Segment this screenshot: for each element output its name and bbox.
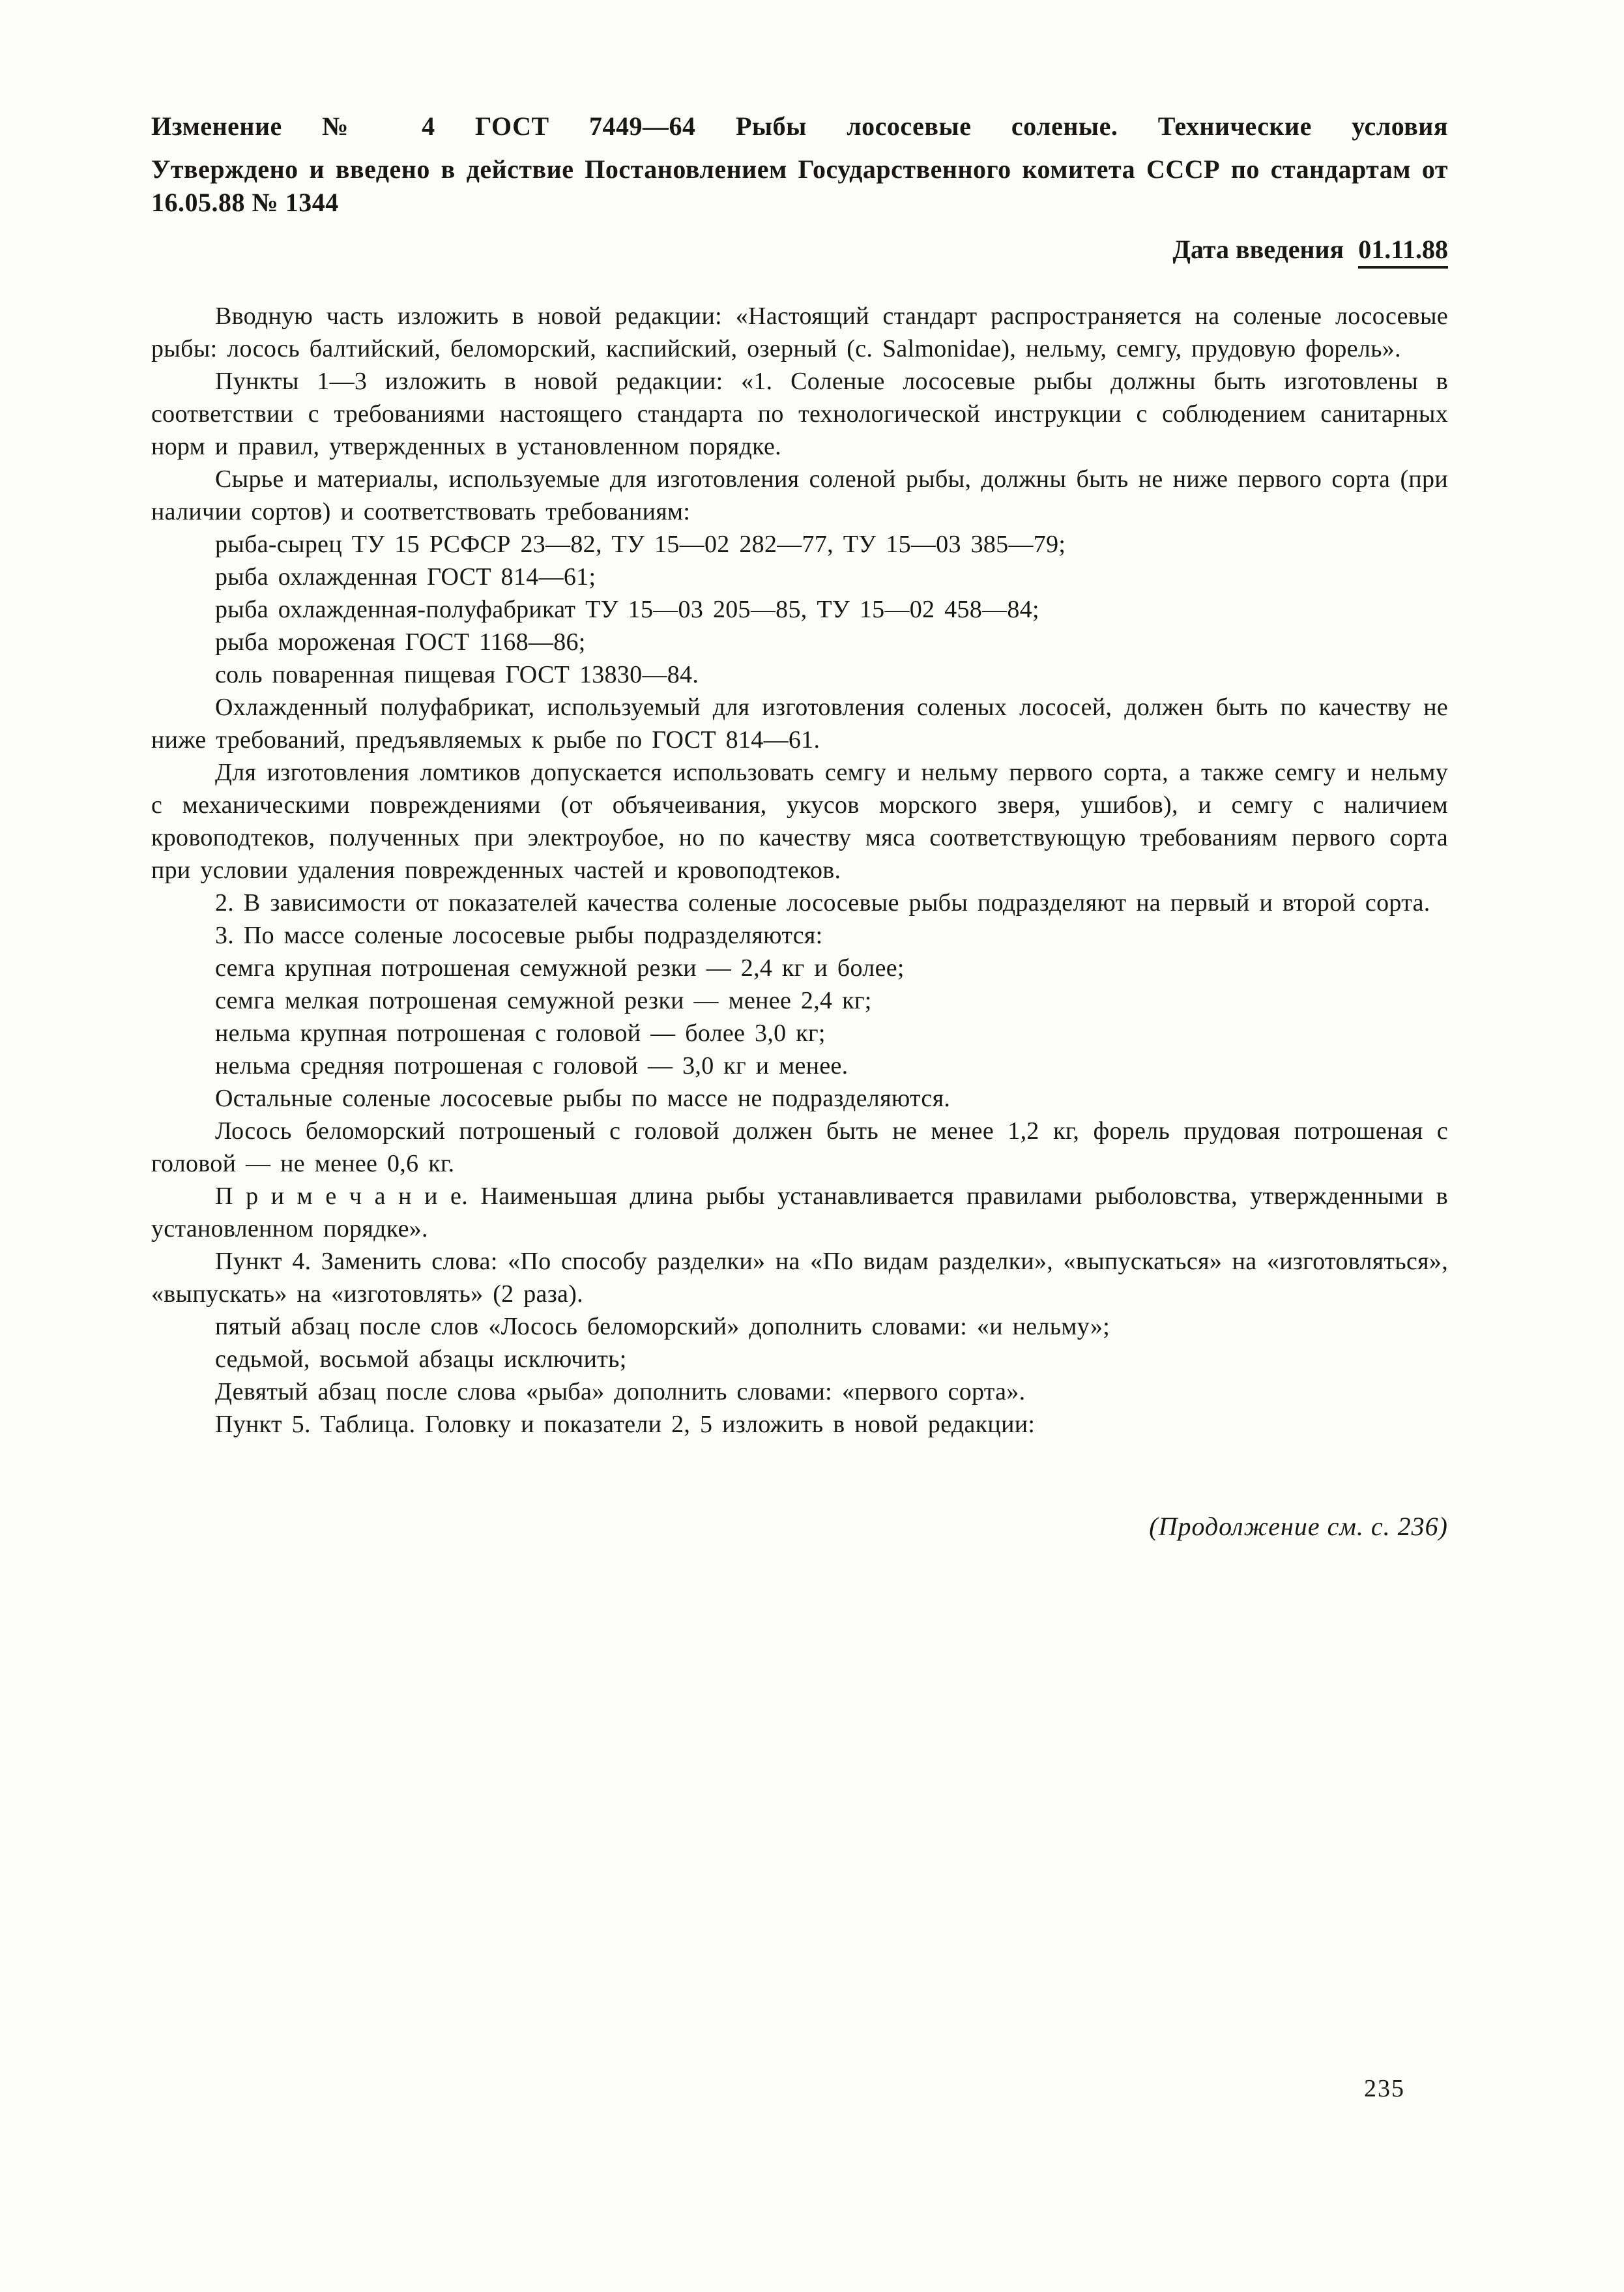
document-page: Изменение № 4 ГОСТ 7449—64 Рыбы лососевы… <box>0 0 1624 2292</box>
effective-date-value: 01.11.88 <box>1358 235 1448 269</box>
note-paragraph: П р и м е ч а н и е. Наименьшая длина ры… <box>151 1180 1448 1245</box>
paragraph: седьмой, восьмой абзацы исключить; <box>151 1343 1448 1375</box>
effective-date-line: Дата введения 01.11.88 <box>151 233 1448 266</box>
list-item-salt: соль поваренная пищевая ГОСТ 13830—84. <box>151 658 1448 691</box>
paragraph: Девятый абзац после слова «рыба» дополни… <box>151 1375 1448 1408</box>
paragraph-item-4: Пункт 4. Заменить слова: «По способу раз… <box>151 1245 1448 1310</box>
text-block: Изменение № 4 ГОСТ 7449—64 Рыбы лососевы… <box>151 110 1448 1542</box>
document-title: Изменение № 4 ГОСТ 7449—64 Рыбы лососевы… <box>151 110 1448 143</box>
paragraph-item-3: 3. По массе соленые лососевые рыбы подра… <box>151 919 1448 952</box>
list-item-nelma-large: нельма крупная потрошеная с головой — бо… <box>151 1017 1448 1050</box>
paragraph: Вводную часть изложить в новой редакции:… <box>151 300 1448 365</box>
paragraph: Сырье и материалы, используемые для изго… <box>151 463 1448 528</box>
effective-date-label: Дата введения <box>1172 235 1344 264</box>
list-item-nelma-medium: нельма средняя потрошеная с головой — 3,… <box>151 1050 1448 1082</box>
paragraph: Для изготовления ломтиков допускается ис… <box>151 756 1448 887</box>
page-number: 235 <box>1364 2074 1405 2103</box>
paragraph: Охлажденный полуфабрикат, используемый д… <box>151 691 1448 756</box>
approval-statement: Утверждено и введено в действие Постанов… <box>151 153 1448 219</box>
continuation-note: (Продолжение см. с. 236) <box>151 1511 1448 1542</box>
list-item-salmon-large: семга крупная потрошеная семужной резки … <box>151 952 1448 984</box>
list-item-salmon-small: семга мелкая потрошеная семужной резки —… <box>151 984 1448 1017</box>
paragraph-item-5: Пункт 5. Таблица. Головку и показатели 2… <box>151 1408 1448 1441</box>
list-item-chilled-fish: рыба охлажденная ГОСТ 814—61; <box>151 561 1448 593</box>
paragraph: пятый абзац после слов «Лосось беломорск… <box>151 1310 1448 1343</box>
list-item-raw-fish: рыба-сырец ТУ 15 РСФСР 23—82, ТУ 15—02 2… <box>151 528 1448 561</box>
paragraph: Остальные соленые лососевые рыбы по масс… <box>151 1082 1448 1115</box>
paragraph: Пункты 1—3 изложить в новой редакции: «1… <box>151 365 1448 463</box>
list-item-frozen-fish: рыба мороженая ГОСТ 1168—86; <box>151 626 1448 658</box>
paragraph: Лосось беломорский потрошеный с головой … <box>151 1115 1448 1180</box>
list-item-chilled-semifinished: рыба охлажденная-полуфабрикат ТУ 15—03 2… <box>151 593 1448 626</box>
paragraph-item-2: 2. В зависимости от показателей качества… <box>151 887 1448 919</box>
document-body: Вводную часть изложить в новой редакции:… <box>151 300 1448 1441</box>
